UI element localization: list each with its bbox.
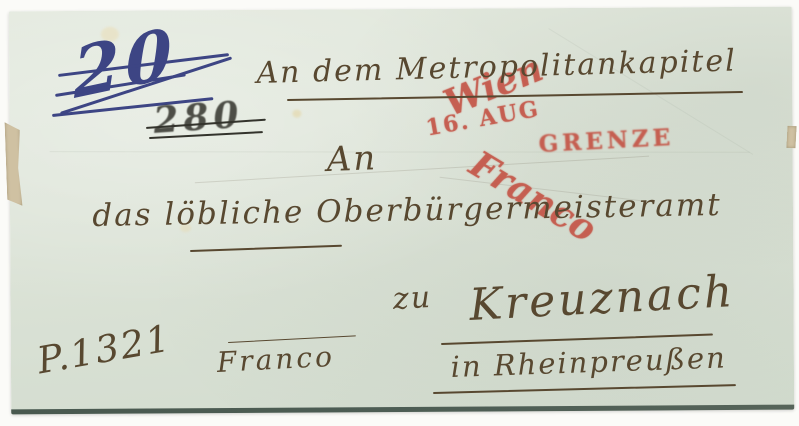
paper-stain	[292, 110, 301, 118]
photo-of-postal-cover: 20 280 Wien 16. AUG GRENZE Franco An dem…	[0, 0, 799, 426]
address-salutation: An	[326, 138, 378, 180]
paper-crease	[195, 156, 649, 184]
franco-manuscript-note: Franco	[216, 340, 336, 379]
torn-paper-flap-right	[786, 126, 796, 148]
address-preposition: zu	[392, 280, 433, 317]
paper-bottom-edge	[11, 405, 794, 415]
